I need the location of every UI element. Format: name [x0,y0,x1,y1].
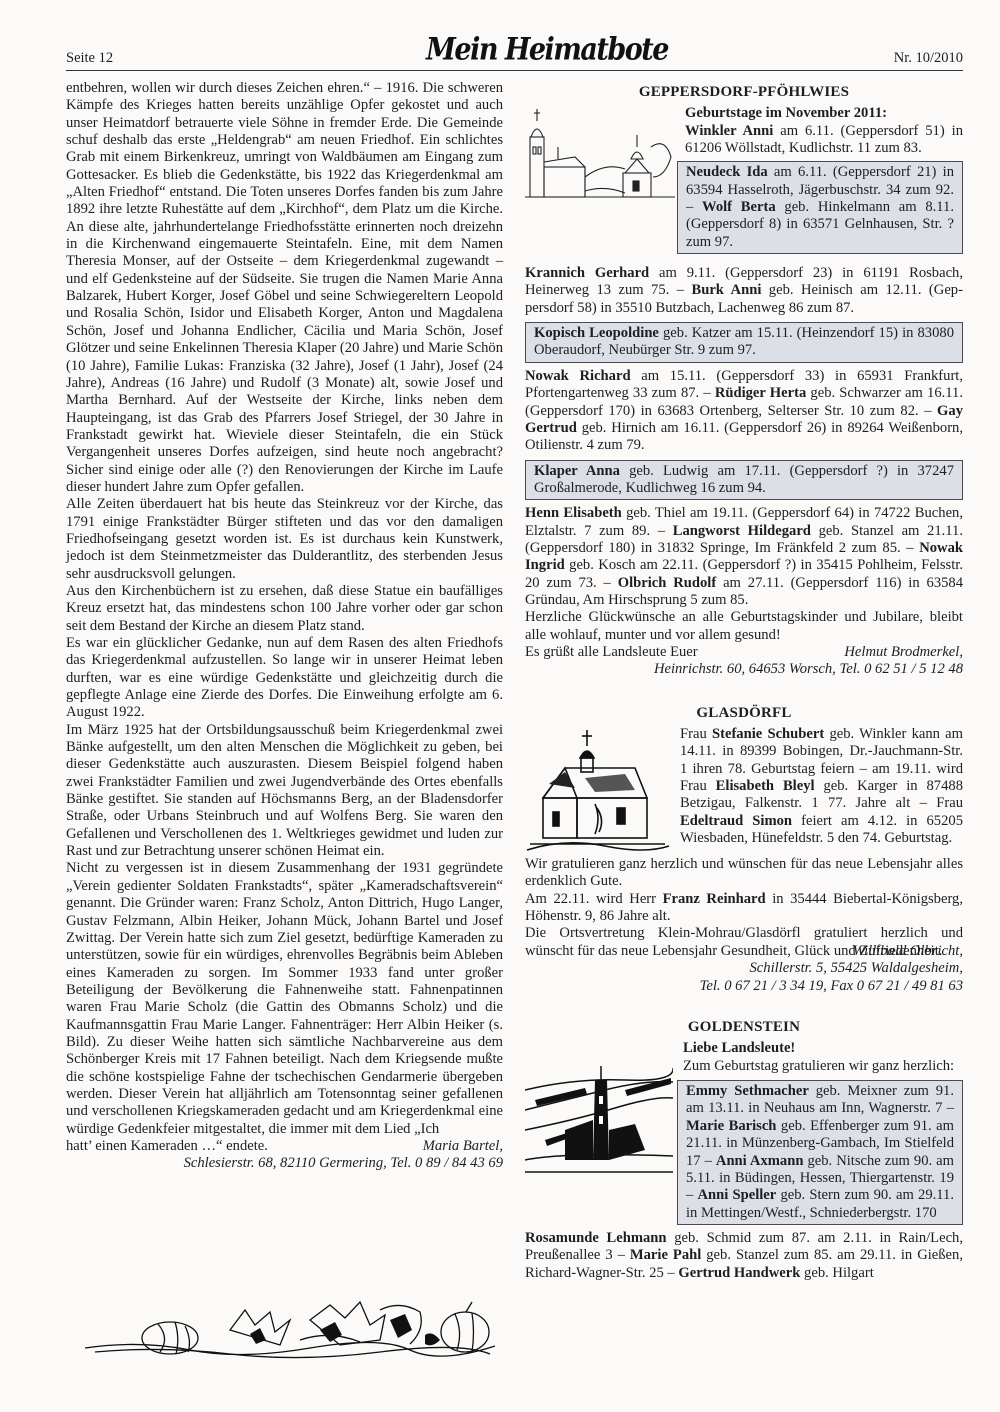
person-name: Burk Anni [691,282,761,298]
person-name: Neudeck Ida [686,164,768,180]
highlighted-birthday-box: Emmy Sethmacher geb. Meixner zum 91. am … [677,1080,963,1225]
section-glasdoerfl: GLASDÖRFL Frau Stefanie Schubert geb. Wi… [525,705,963,995]
person-name: Elisabeth Bleyl [716,778,815,794]
issue-number: Nr. 10/2010 [894,50,963,67]
chapel-illustration-icon [525,728,670,856]
signature-name: Helmut Brodmerkel, [844,644,963,661]
person-name: Wolf Berta [702,199,776,215]
birthday-entry: Krannich Gerhard am 9.11. (Geppersdorf 2… [525,265,963,317]
town-tower-illustration-icon [525,1060,673,1180]
person-name: Rüdiger Herta [715,385,806,401]
article-paragraph: Alle Zeiten überdauert hat bis heute das… [66,496,503,583]
birthday-column-right: GEPPERSDORF-PFÖHLWIES Geburt [525,80,963,1282]
wish-text: Wir gratulieren ganz herzlich und wünsch… [525,856,963,891]
person-name: Langworst Hildegard [673,523,811,539]
author-line: hatt’ einen Kameraden …“ endete. Maria B… [66,1138,503,1155]
church-village-illustration-icon [525,107,675,199]
section-goldenstein: GOLDENSTEIN Liebe Landsleute! Zum Gebur [525,1019,963,1282]
article-paragraph: Aus den Kirchenbüchern ist zu ersehen, d… [66,583,503,635]
person-name: Anni Speller [697,1187,776,1203]
header-divider [66,70,963,71]
signature-address: Schillerstr. 5, 55425 Waldalgesheim, [525,960,963,977]
birthday-entry: Am 22.11. wird Herr Franz Reinhard in 35… [525,891,963,926]
signature-phone: Tel. 0 67 21 / 3 34 19, Fax 0 67 21 / 49… [525,978,963,995]
birthday-entry: Nowak Richard am 15.11. (Geppersdorf 33)… [525,368,963,455]
section-title: GOLDENSTEIN [525,1019,963,1036]
page-number: Seite 12 [66,50,113,67]
person-name: Edeltraud Simon [680,813,792,829]
page-header: Seite 12 Mein Heimatbote Nr. 10/2010 [66,42,963,72]
person-name: Krannich Gerhard [525,265,649,281]
highlighted-birthday-box: Neudeck Ida am 6.11. (Geppersdorf 21) in… [677,161,963,254]
author-name: Maria Bartel, [423,1138,503,1155]
person-name: Klaper Anna [534,463,620,479]
section-geppersdorf: GEPPERSDORF-PFÖHLWIES Geburt [525,84,963,679]
person-name: Henn Elisabeth [525,505,622,521]
author-address: Schlesierstr. 68, 82110 Germering, Tel. … [66,1155,503,1172]
person-name: Winkler Anni [685,123,773,139]
person-name: Gertrud Handwerk [678,1265,800,1281]
person-name: Olbrich Rudolf [618,575,717,591]
article-paragraph: Nicht zu vergessen ist in diesem Zusamme… [66,860,503,1138]
masthead-logo: Mein Heimatbote [426,32,668,68]
article-paragraph: Im März 1925 hat der Ortsbildungsausschu… [66,722,503,861]
pumpkin-leaves-illustration-icon [80,1300,500,1360]
section-title: GEPPERSDORF-PFÖHLWIES [525,84,963,101]
person-name: Franz Reinhard [663,891,766,907]
article-paragraph: Es war ein glücklicher Gedanke, nun auf … [66,635,503,722]
section-title: GLASDÖRFL [525,705,963,722]
person-name: Rosamunde Lehmann [525,1230,667,1246]
greeting-text: Herzliche Glückwünsche an alle Geburtsta… [525,609,963,644]
signature-line: Es grüßt alle Landsleute Euer Helmut Bro… [525,644,963,661]
person-name: Anni Axmann [716,1153,804,1169]
salutation: Liebe Landsleute! [525,1040,963,1057]
person-name: Nowak Richard [525,368,631,384]
person-name: Kopisch Leopoldine [534,325,659,341]
signature-address: Heinrichstr. 60, 64653 Worsch, Tel. 0 62… [525,661,963,678]
highlighted-birthday-box: Klaper Anna geb. Ludwig am 17.11. (Geppe… [525,460,963,501]
birthday-entry: Rosamunde Lehmann geb. Schmid zum 87. am… [525,1230,963,1282]
article-last-line: hatt’ einen Kameraden …“ endete. [66,1138,268,1155]
person-name: Stefanie Schubert [712,726,824,742]
article-paragraph: entbehren, wollen wir durch dieses Zeich… [66,80,503,496]
person-name: Marie Barisch [686,1118,776,1134]
person-name: Emmy Sethmacher [686,1083,809,1099]
birthday-entry: Henn Elisabeth geb. Thiel am 19.11. (Gep… [525,505,963,609]
highlighted-birthday-box: Kopisch Leopoldine geb. Katzer am 15.11.… [525,322,963,363]
article-column-left: entbehren, wollen wir durch dieses Zeich… [66,80,503,1173]
person-name: Marie Pahl [630,1247,701,1263]
signature-lead: Es grüßt alle Landsleute Euer [525,644,698,661]
